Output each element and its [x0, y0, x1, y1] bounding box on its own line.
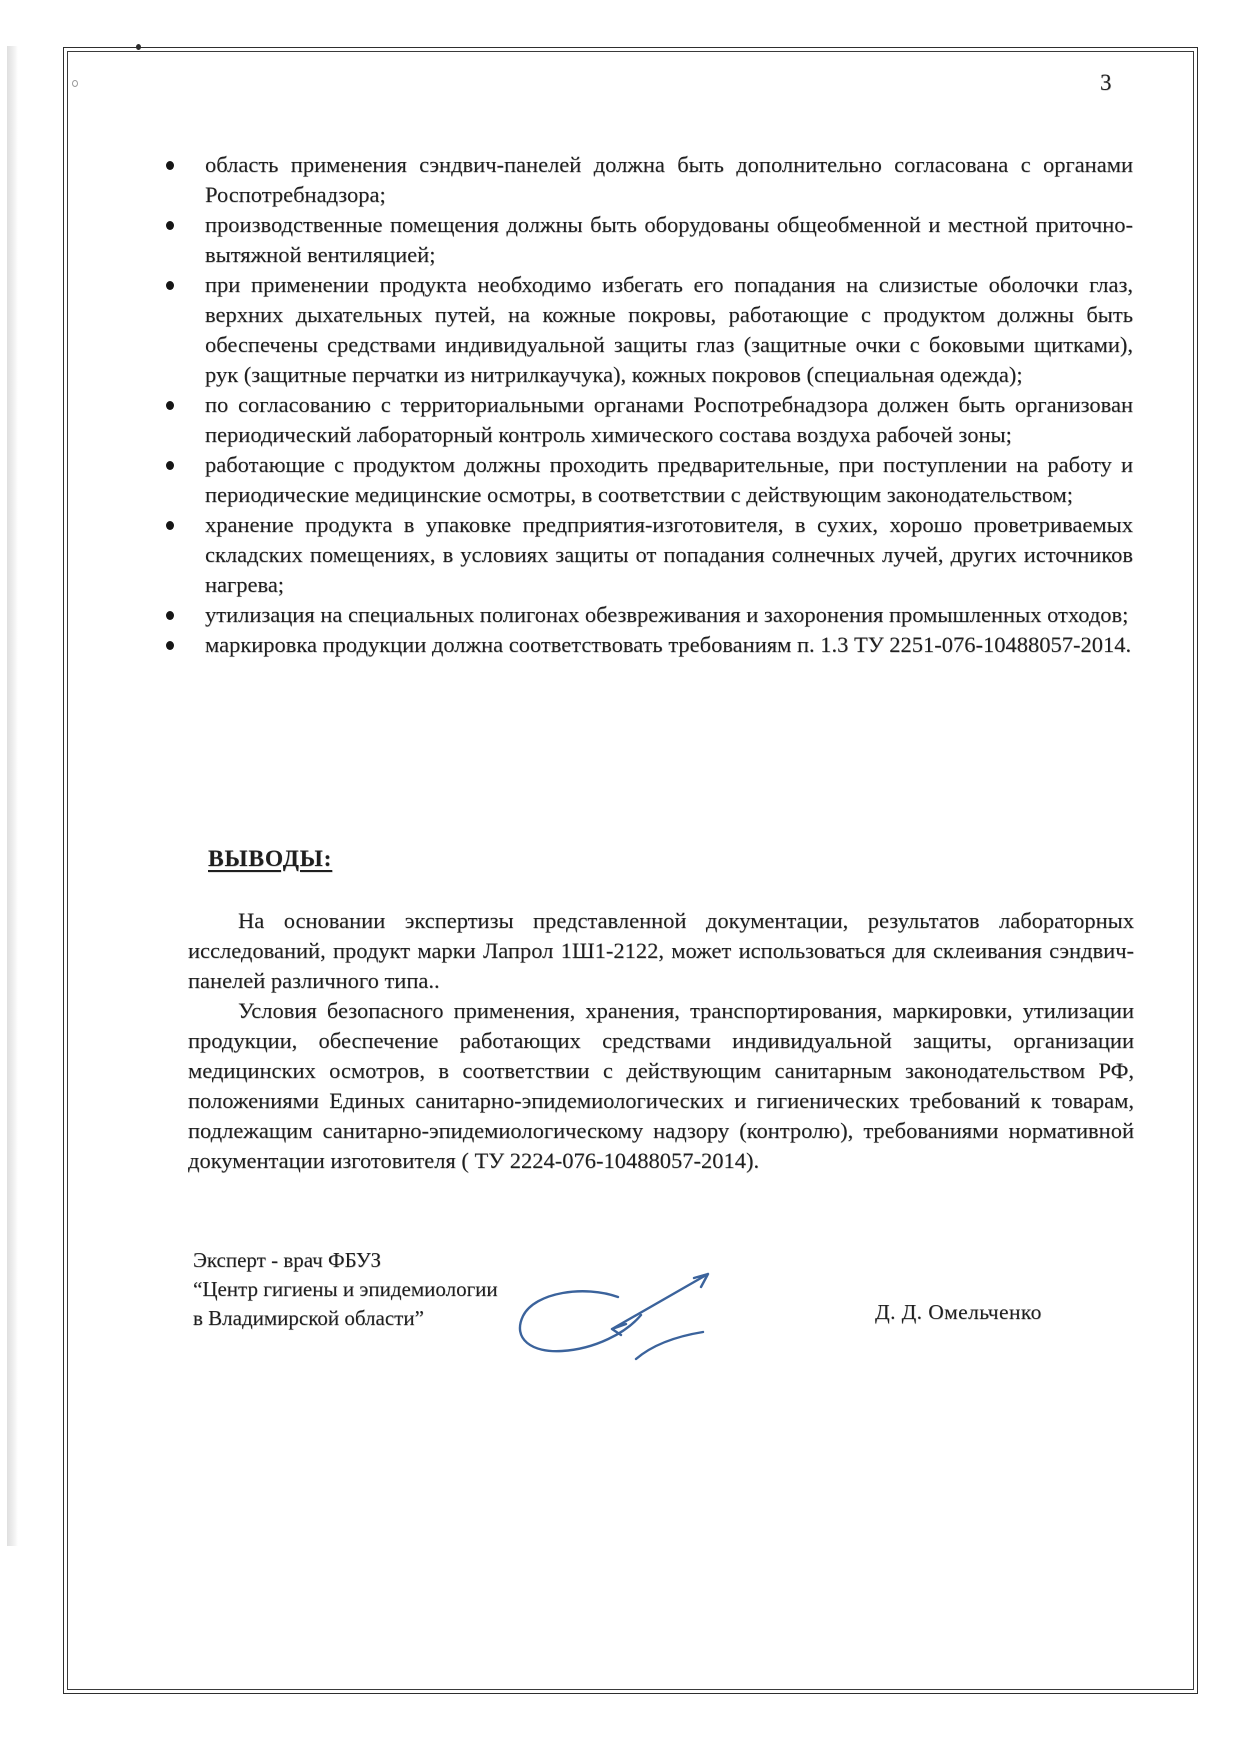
- bullet-icon: [166, 401, 174, 410]
- bullet-icon: [166, 641, 174, 650]
- requirement-item: область применения сэндвич-панелей должн…: [163, 150, 1133, 210]
- requirement-item: маркировка продукции должна соответствов…: [163, 630, 1133, 660]
- handwritten-signature: [500, 1263, 730, 1371]
- bullet-icon: [166, 281, 174, 290]
- requirement-text: при применении продукта необходимо избег…: [205, 272, 1133, 387]
- scanned-document-page: 3 область применения сэндвич-панелей дол…: [0, 0, 1242, 1754]
- scan-edge-shadow: [7, 46, 18, 1546]
- conclusions-heading: ВЫВОДЫ:: [208, 846, 332, 873]
- requirement-text: область применения сэндвич-панелей должн…: [205, 152, 1133, 207]
- scan-speck: [136, 44, 141, 50]
- requirement-text: производственные помещения должны быть о…: [205, 212, 1133, 267]
- page-number: 3: [1100, 70, 1112, 96]
- requirements-list: область применения сэндвич-панелей должн…: [163, 150, 1133, 660]
- requirement-text: утилизация на специальных полигонах обез…: [205, 602, 1128, 627]
- conclusions-paragraph: На основании экспертизы представленной д…: [188, 906, 1134, 996]
- conclusions-body: На основании экспертизы представленной д…: [188, 906, 1134, 1176]
- requirement-text: работающие с продуктом должны проходить …: [205, 452, 1133, 507]
- requirement-text: маркировка продукции должна соответствов…: [205, 632, 1131, 657]
- signer-name: Д. Д. Омельченко: [875, 1300, 1042, 1325]
- requirement-text: по согласованию с территориальными орган…: [205, 392, 1133, 447]
- signer-role-block: Эксперт - врач ФБУЗ “Центр гигиены и эпи…: [193, 1246, 498, 1333]
- signer-role-line: в Владимирской области”: [193, 1304, 498, 1333]
- signer-role-line: Эксперт - врач ФБУЗ: [193, 1246, 498, 1275]
- bullet-icon: [166, 521, 174, 530]
- requirement-item: по согласованию с территориальными орган…: [163, 390, 1133, 450]
- requirement-text: хранение продукта в упаковке предприятия…: [205, 512, 1133, 597]
- signature-loop-stroke: [520, 1291, 641, 1351]
- requirement-item: производственные помещения должны быть о…: [163, 210, 1133, 270]
- signer-role-line: “Центр гигиены и эпидемиологии: [193, 1275, 498, 1304]
- scan-speck: [72, 80, 78, 87]
- requirement-item: хранение продукта в упаковке предприятия…: [163, 510, 1133, 600]
- conclusions-paragraph: Условия безопасного применения, хранения…: [188, 996, 1134, 1176]
- requirement-item: работающие с продуктом должны проходить …: [163, 450, 1133, 510]
- bullet-icon: [166, 611, 174, 620]
- bullet-icon: [166, 461, 174, 470]
- requirement-item: утилизация на специальных полигонах обез…: [163, 600, 1133, 630]
- signature-underswash-stroke: [636, 1332, 703, 1359]
- bullet-icon: [166, 161, 174, 170]
- signature-arrow-stroke: [612, 1274, 708, 1335]
- bullet-icon: [166, 221, 174, 230]
- requirement-item: при применении продукта необходимо избег…: [163, 270, 1133, 390]
